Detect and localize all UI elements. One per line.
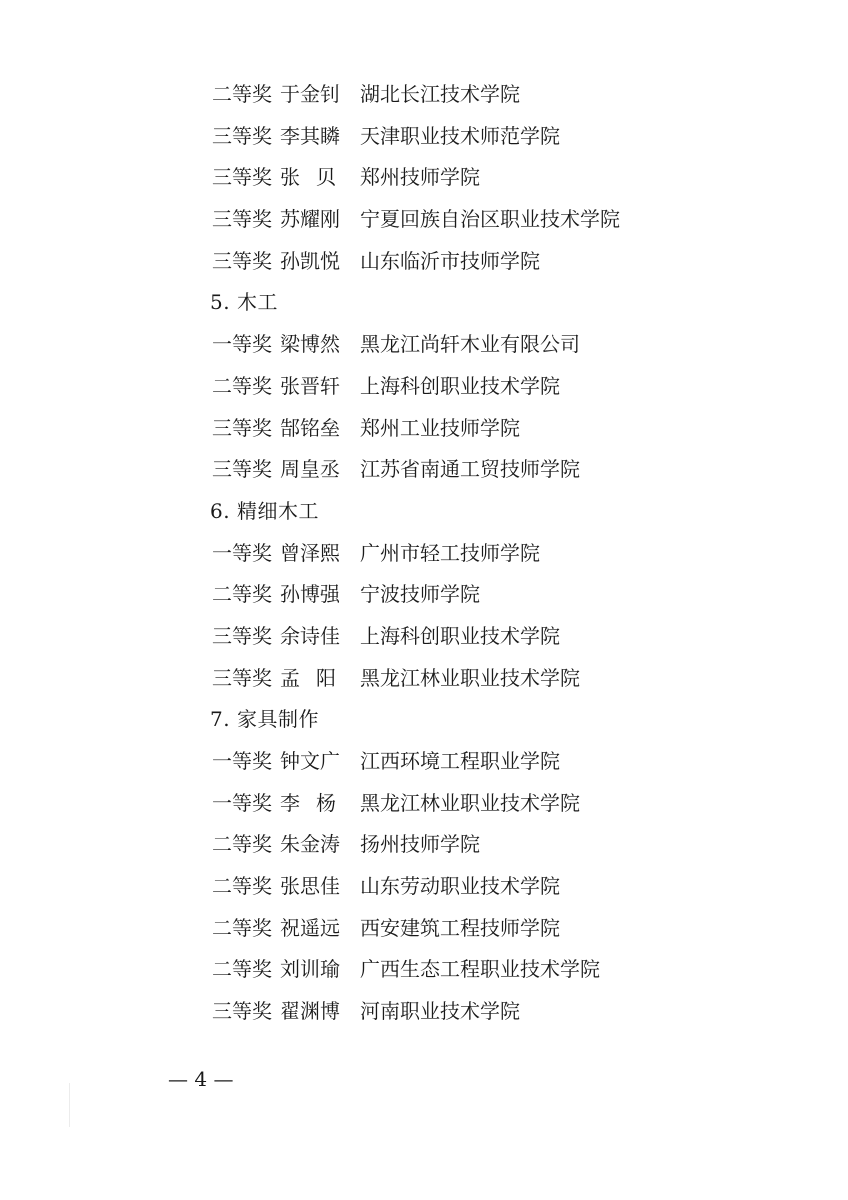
school-name: 广州市轻工技师学院 <box>360 533 540 575</box>
award-level: 三等奖 <box>212 241 272 283</box>
list-item: 三等奖 张 贝 郑州技师学院 <box>0 157 848 199</box>
list-item: 二等奖 张思佳 山东劳动职业技术学院 <box>0 866 848 908</box>
winner-name: 祝遥远 <box>280 908 336 950</box>
school-name: 山东临沂市技师学院 <box>360 241 540 283</box>
section-heading: 6. 精细木工 <box>0 491 848 533</box>
section-title-fine-woodworking: 6. 精细木工 <box>210 491 319 533</box>
section-title-furniture-making: 7. 家具制作 <box>210 699 319 741</box>
award-level: 三等奖 <box>212 449 272 491</box>
winner-name: 苏耀刚 <box>280 199 336 241</box>
winner-name: 郜铭垒 <box>280 408 336 450</box>
school-name: 天津职业技术师范学院 <box>360 116 560 158</box>
list-item: 三等奖 孟 阳 黑龙江林业职业技术学院 <box>0 658 848 700</box>
scan-artifact-line <box>69 1083 70 1127</box>
winner-name: 翟渊博 <box>280 991 336 1033</box>
winner-surname: 李 <box>280 783 300 825</box>
school-name: 宁夏回族自治区职业技术学院 <box>360 199 620 241</box>
school-name: 黑龙江林业职业技术学院 <box>360 783 580 825</box>
winner-name: 曾泽熙 <box>280 533 336 575</box>
winner-surname: 孟 <box>280 658 300 700</box>
list-item: 二等奖 于金钊 湖北长江技术学院 <box>0 74 848 116</box>
list-item: 一等奖 钟文广 江西环境工程职业学院 <box>0 741 848 783</box>
list-item: 一等奖 李 杨 黑龙江林业职业技术学院 <box>0 783 848 825</box>
award-level: 一等奖 <box>212 783 272 825</box>
list-item: 二等奖 孙博强 宁波技师学院 <box>0 574 848 616</box>
list-item: 二等奖 张晋轩 上海科创职业技术学院 <box>0 366 848 408</box>
award-level: 一等奖 <box>212 324 272 366</box>
school-name: 郑州技师学院 <box>360 157 480 199</box>
winner-surname: 张 <box>280 157 300 199</box>
winner-given-name: 杨 <box>316 783 336 825</box>
award-level: 三等奖 <box>212 991 272 1033</box>
school-name: 广西生态工程职业技术学院 <box>360 949 600 991</box>
school-name: 黑龙江林业职业技术学院 <box>360 658 580 700</box>
list-item: 三等奖 李其瞵 天津职业技术师范学院 <box>0 116 848 158</box>
school-name: 江西环境工程职业学院 <box>360 741 560 783</box>
school-name: 河南职业技术学院 <box>360 991 520 1033</box>
winner-name: 梁博然 <box>280 324 336 366</box>
list-item: 三等奖 孙凯悦 山东临沂市技师学院 <box>0 241 848 283</box>
school-name: 黑龙江尚轩木业有限公司 <box>360 324 580 366</box>
list-item: 一等奖 曾泽熙 广州市轻工技师学院 <box>0 533 848 575</box>
award-level: 二等奖 <box>212 908 272 950</box>
award-list: 二等奖 于金钊 湖北长江技术学院 三等奖 李其瞵 天津职业技术师范学院 三等奖 … <box>0 74 848 1033</box>
award-level: 二等奖 <box>212 824 272 866</box>
winner-name: 李 杨 <box>280 783 336 825</box>
winner-name: 朱金涛 <box>280 824 336 866</box>
award-level: 三等奖 <box>212 658 272 700</box>
list-item: 三等奖 苏耀刚 宁夏回族自治区职业技术学院 <box>0 199 848 241</box>
list-item: 二等奖 祝遥远 西安建筑工程技师学院 <box>0 908 848 950</box>
winner-name: 余诗佳 <box>280 616 336 658</box>
list-item: 三等奖 余诗佳 上海科创职业技术学院 <box>0 616 848 658</box>
school-name: 郑州工业技师学院 <box>360 408 520 450</box>
winner-name: 张思佳 <box>280 866 336 908</box>
award-level: 一等奖 <box>212 741 272 783</box>
document-page: 二等奖 于金钊 湖北长江技术学院 三等奖 李其瞵 天津职业技术师范学院 三等奖 … <box>0 0 848 1200</box>
winner-given-name: 阳 <box>316 658 336 700</box>
list-item: 二等奖 刘训瑜 广西生态工程职业技术学院 <box>0 949 848 991</box>
winner-name: 孙博强 <box>280 574 336 616</box>
winner-name: 李其瞵 <box>280 116 336 158</box>
list-item: 三等奖 郜铭垒 郑州工业技师学院 <box>0 408 848 450</box>
section-title-woodworking: 5. 木工 <box>210 282 278 324</box>
winner-name: 钟文广 <box>280 741 336 783</box>
winner-name: 孟 阳 <box>280 658 336 700</box>
winner-name: 孙凯悦 <box>280 241 336 283</box>
section-heading: 7. 家具制作 <box>0 699 848 741</box>
school-name: 扬州技师学院 <box>360 824 480 866</box>
school-name: 山东劳动职业技术学院 <box>360 866 560 908</box>
winner-name: 于金钊 <box>280 74 336 116</box>
award-level: 三等奖 <box>212 157 272 199</box>
award-level: 二等奖 <box>212 366 272 408</box>
award-level: 三等奖 <box>212 616 272 658</box>
school-name: 上海科创职业技术学院 <box>360 616 560 658</box>
winner-name: 张晋轩 <box>280 366 336 408</box>
winner-name: 张 贝 <box>280 157 336 199</box>
list-item: 三等奖 翟渊博 河南职业技术学院 <box>0 991 848 1033</box>
section-heading: 5. 木工 <box>0 282 848 324</box>
award-level: 三等奖 <box>212 199 272 241</box>
list-item: 三等奖 周皇丞 江苏省南通工贸技师学院 <box>0 449 848 491</box>
award-level: 一等奖 <box>212 533 272 575</box>
winner-name: 刘训瑜 <box>280 949 336 991</box>
award-level: 二等奖 <box>212 866 272 908</box>
page-number: — 4 — <box>168 1067 233 1091</box>
list-item: 一等奖 梁博然 黑龙江尚轩木业有限公司 <box>0 324 848 366</box>
award-level: 二等奖 <box>212 949 272 991</box>
school-name: 湖北长江技术学院 <box>360 74 520 116</box>
list-item: 二等奖 朱金涛 扬州技师学院 <box>0 824 848 866</box>
school-name: 江苏省南通工贸技师学院 <box>360 449 580 491</box>
award-level: 三等奖 <box>212 408 272 450</box>
award-level: 二等奖 <box>212 74 272 116</box>
school-name: 宁波技师学院 <box>360 574 480 616</box>
award-level: 二等奖 <box>212 574 272 616</box>
school-name: 西安建筑工程技师学院 <box>360 908 560 950</box>
school-name: 上海科创职业技术学院 <box>360 366 560 408</box>
winner-name: 周皇丞 <box>280 449 336 491</box>
winner-given-name: 贝 <box>316 157 336 199</box>
award-level: 三等奖 <box>212 116 272 158</box>
